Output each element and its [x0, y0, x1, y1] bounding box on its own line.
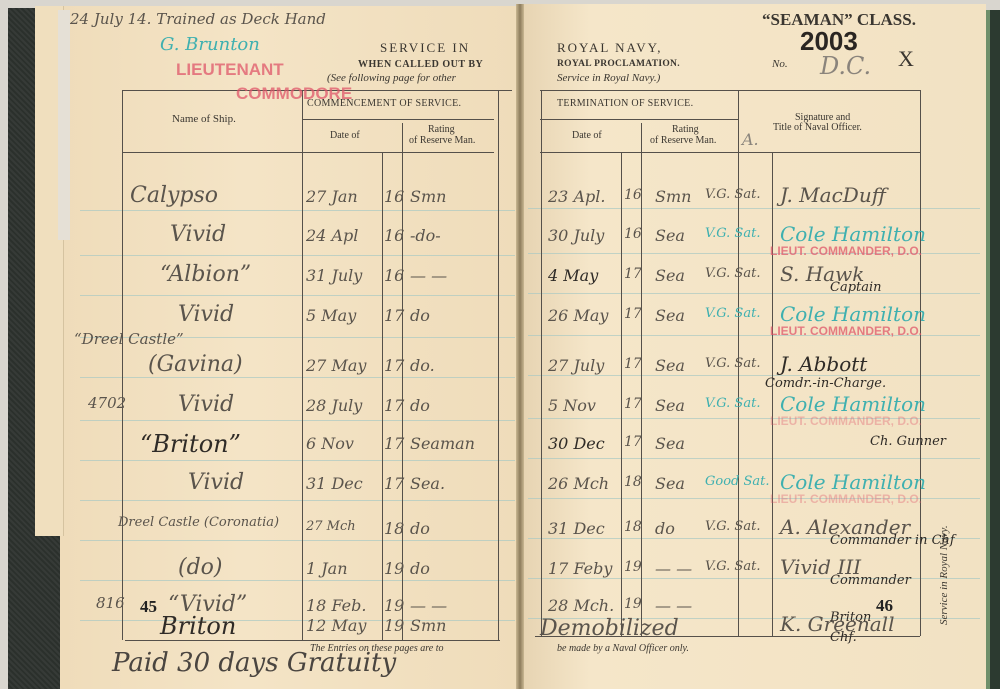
officer-title-stamp: LIEUT. COMMANDER, D.O.	[770, 492, 922, 506]
header-called-out: WHEN CALLED OUT BY	[358, 59, 483, 70]
start-date: 31 Dec	[306, 474, 363, 493]
col-header-reserve-man-start: of Reserve Man.	[409, 135, 475, 146]
conduct-rating: V.G. Sat.	[705, 356, 760, 371]
ship-name: Dreel Castle (Coronatia)	[118, 515, 279, 530]
footer-right-text: be made by a Naval Officer only.	[557, 643, 689, 654]
start-year: 19	[384, 616, 404, 635]
end-rating: Sea	[655, 226, 685, 245]
end-rating: Sea	[655, 396, 685, 415]
start-year: 18	[384, 519, 404, 538]
conduct-rating: V.G. Sat.	[705, 226, 760, 241]
officer-title-stamp: LIEUT. COMMANDER, D.O.	[770, 414, 922, 428]
header-service-in: SERVICE IN	[380, 40, 470, 56]
col-header-rating-start: Rating	[428, 124, 455, 135]
start-year: 19	[384, 559, 404, 578]
end-date: 26 Mch	[548, 474, 609, 493]
end-rating: — —	[655, 596, 692, 615]
start-date: 1 Jan	[306, 559, 348, 578]
end-rating: Smn	[655, 187, 691, 206]
page-number-left: 45	[140, 597, 157, 617]
start-year: 16	[384, 266, 404, 285]
end-rating: Sea	[655, 434, 685, 453]
start-date: 31 July	[306, 266, 362, 285]
officer-title: Chf.	[830, 630, 857, 645]
end-year: 18	[624, 474, 642, 490]
start-rating: Seaman	[410, 434, 475, 453]
officer-signature: J. MacDuff	[780, 183, 886, 207]
col-header-rating-end: Rating	[672, 124, 699, 135]
end-date: 4 May	[548, 266, 598, 285]
table-top-border-right	[540, 90, 920, 91]
end-date: 31 Dec	[548, 519, 605, 538]
row-margin-note: “Dreel Castle”	[74, 330, 184, 348]
top-signature: G. Brunton	[160, 34, 260, 55]
start-date: 27 Jan	[306, 187, 358, 206]
end-rating: do	[655, 519, 675, 538]
conduct-rating: V.G. Sat.	[705, 266, 760, 281]
end-year: 17	[624, 356, 642, 372]
start-year: 17	[384, 356, 404, 375]
side-vertical-text: Service in Royal Navy.	[938, 525, 950, 625]
end-date: Demobilized	[540, 616, 679, 641]
col-line-rating	[498, 90, 499, 640]
start-rating: do	[410, 519, 430, 538]
ship-name: Vivid	[170, 222, 226, 247]
end-date: 5 Nov	[548, 396, 596, 415]
start-rating: Smn	[410, 187, 446, 206]
officer-signature: Cole Hamilton	[780, 222, 926, 246]
conduct-rating: V.G. Sat.	[705, 559, 760, 574]
col-line-right-edge	[541, 90, 542, 636]
col-header-date-of-end: Date of	[572, 130, 602, 141]
start-rating: do	[410, 396, 430, 415]
end-date: 26 May	[548, 306, 608, 325]
header-royal-proclamation: ROYAL PROCLAMATION.	[557, 59, 680, 69]
start-rating: do	[410, 306, 430, 325]
end-rating: Sea	[655, 306, 685, 325]
end-year: 19	[624, 596, 642, 612]
start-year: 16	[384, 226, 404, 245]
header-royal-navy: ROYAL NAVY,	[557, 40, 663, 56]
officer-signature: J. Abbott	[780, 352, 867, 376]
stamp-commodore: COMMODORE	[236, 84, 352, 104]
end-year: 16	[624, 187, 642, 203]
header-bottom-line-left	[122, 152, 494, 153]
end-rating: Sea	[655, 266, 685, 285]
ship-name: “Briton”	[140, 430, 241, 458]
start-rating: -do-	[410, 226, 441, 245]
number-label: No.	[772, 58, 788, 70]
start-year: 17	[384, 434, 404, 453]
col-line-end-date-yr	[621, 152, 622, 636]
conduct-rating: V.G. Sat.	[705, 519, 760, 534]
col-header-date-of-start: Date of	[330, 130, 360, 141]
end-year: 17	[624, 434, 642, 450]
col-header-reserve-man-end: of Reserve Man.	[650, 135, 716, 146]
start-date: 12 May	[306, 616, 366, 635]
start-year: 17	[384, 396, 404, 415]
handwritten-top-note: 24 July 14. Trained as Deck Hand	[70, 10, 326, 28]
ship-name: (do)	[178, 555, 223, 580]
ship-name: Calypso	[130, 183, 218, 208]
end-date: 27 July	[548, 356, 604, 375]
start-year: 17	[384, 474, 404, 493]
start-date: 18 Feb.	[306, 596, 366, 615]
ship-name: “Albion”	[160, 262, 251, 287]
officer-title: Commander in Chf	[830, 533, 955, 548]
officer-title: Captain	[830, 280, 882, 295]
header-bottom-line-right	[540, 152, 920, 153]
header-see-following: (See following page for other	[327, 72, 456, 84]
end-date: 17 Feby	[548, 559, 612, 578]
commencement-subheader-line	[302, 119, 494, 120]
officer-title-stamp: LIEUT. COMMANDER, D.O.	[770, 324, 922, 338]
col-line-left-edge	[122, 90, 123, 640]
conduct-rating: Good Sat.	[705, 474, 770, 489]
start-date: 27 Mch	[306, 519, 356, 534]
end-date: 28 Mch.	[548, 596, 614, 615]
start-rating: — —	[410, 266, 447, 285]
end-rating: Sea	[655, 474, 685, 493]
officer-title-stamp: LIEUT. COMMANDER, D.O.	[770, 244, 922, 258]
start-date: 6 Nov	[306, 434, 354, 453]
ship-name: Vivid	[178, 302, 234, 327]
ship-name: Vivid	[178, 392, 234, 417]
col-header-termination: TERMINATION OF SERVICE.	[557, 98, 693, 109]
start-rating: Smn	[410, 616, 446, 635]
start-year: 19	[384, 596, 404, 615]
conduct-rating: V.G. Sat.	[705, 396, 760, 411]
end-year: 16	[624, 226, 642, 242]
end-date: 30 Dec	[548, 434, 605, 453]
officer-signature: Cole Hamilton	[780, 470, 926, 494]
start-date: 27 May	[306, 356, 366, 375]
number-mark-x: X	[898, 46, 914, 72]
table-bottom-border-left	[125, 640, 500, 641]
book-cover-right	[986, 10, 1000, 689]
start-rating: do	[410, 559, 430, 578]
officer-title: Commander	[830, 573, 911, 588]
end-year: 19	[624, 559, 642, 575]
end-year: 17	[624, 266, 642, 282]
start-date: 5 May	[306, 306, 356, 325]
col-line-date-yr	[382, 152, 383, 640]
stamp-lieutenant: LIEUTENANT	[176, 60, 284, 80]
officer-signature: Cole Hamilton	[780, 302, 926, 326]
col-line-conduct	[772, 152, 773, 636]
book-gutter	[516, 4, 524, 689]
ship-name: Briton	[160, 612, 236, 640]
ship-name: (Gavina)	[148, 352, 243, 377]
number-prefix-dc: D.C.	[820, 52, 871, 80]
start-date: 24 Apl	[306, 226, 358, 245]
officer-title: Ch. Gunner	[870, 434, 946, 449]
start-year: 16	[384, 187, 404, 206]
conduct-mark-a: A.	[742, 130, 759, 149]
start-rating: Sea.	[410, 474, 445, 493]
officer-title: Comdr.-in-Charge.	[765, 376, 886, 391]
officer-signature: Cole Hamilton	[780, 392, 926, 416]
end-date: 30 July	[548, 226, 604, 245]
row-margin-note: 816	[96, 594, 125, 612]
conduct-rating: V.G. Sat.	[705, 187, 760, 202]
page-flap-inner	[58, 10, 70, 240]
end-rating: — —	[655, 559, 692, 578]
col-header-name-of-ship: Name of Ship.	[172, 113, 236, 125]
col-line-ship	[302, 90, 303, 640]
start-rating: do.	[410, 356, 435, 375]
termination-subheader-line	[540, 119, 738, 120]
header-service-royal-navy: Service in Royal Navy.)	[557, 72, 660, 84]
end-rating: Sea	[655, 356, 685, 375]
start-year: 17	[384, 306, 404, 325]
handwritten-gratuity-note: Paid 30 days Gratuity	[112, 648, 396, 678]
row-margin-note: 4702	[88, 394, 126, 412]
end-year: 17	[624, 306, 642, 322]
ship-name: Vivid	[188, 470, 244, 495]
end-date: 23 Apl.	[548, 187, 605, 206]
page-number-right: 46	[876, 596, 893, 616]
start-date: 28 July	[306, 396, 362, 415]
conduct-rating: V.G. Sat.	[705, 306, 760, 321]
col-header-title-officer: Title of Naval Officer.	[773, 122, 862, 133]
end-year: 18	[624, 519, 642, 535]
start-rating: — —	[410, 596, 447, 615]
end-year: 17	[624, 396, 642, 412]
col-line-signature	[920, 90, 921, 636]
